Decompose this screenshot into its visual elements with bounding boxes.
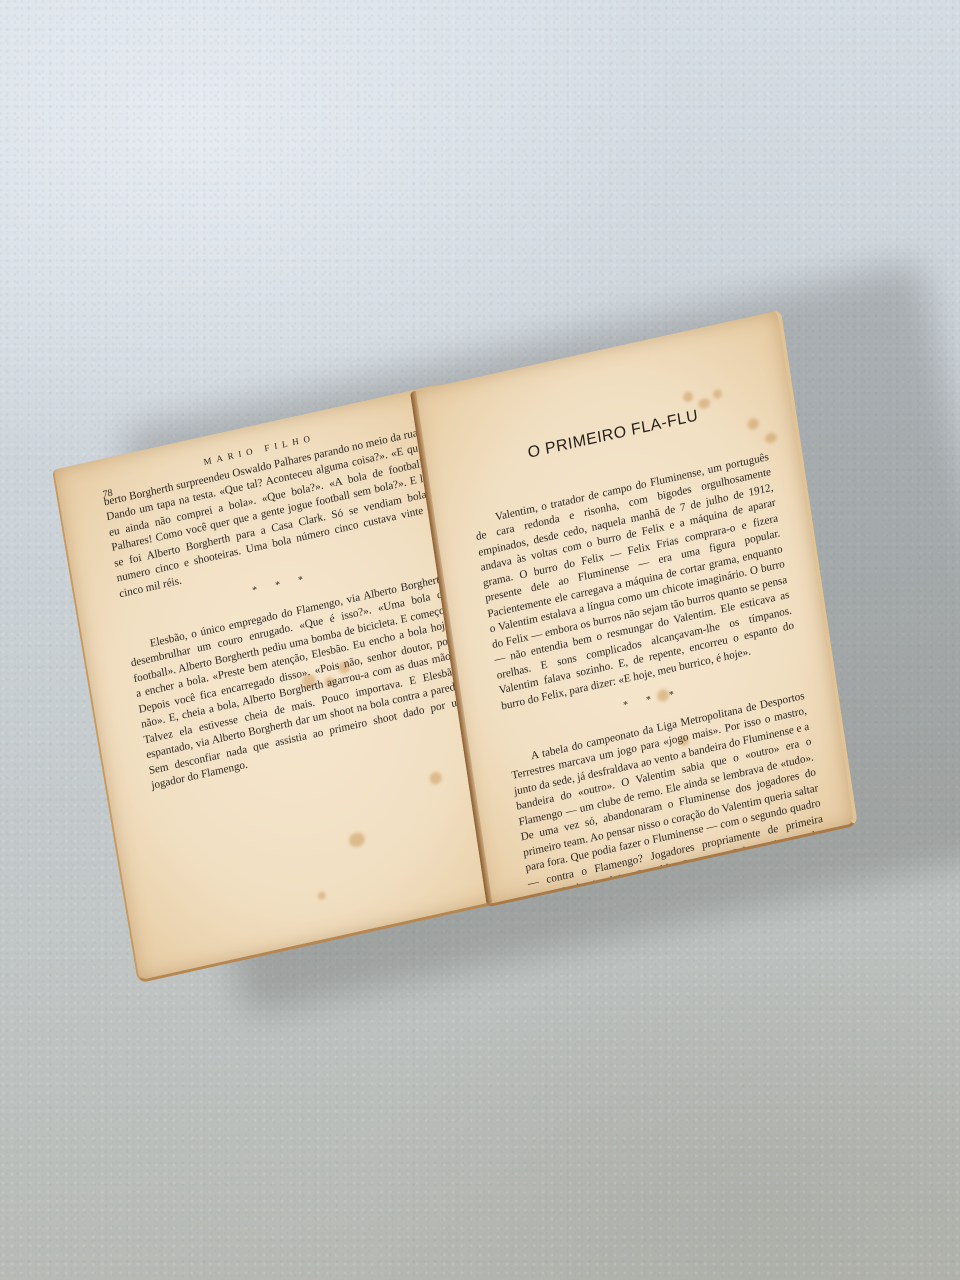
stain [317, 891, 326, 901]
left-page-text: 78 MARIO FILHO berto Borgherth surpreend… [100, 408, 469, 795]
stain [429, 771, 443, 785]
right-page-text: O PRIMEIRO FLA-FLU Valentim, o tratador … [456, 335, 829, 908]
stain [348, 831, 366, 848]
right-page: O PRIMEIRO FLA-FLU Valentim, o tratador … [410, 310, 858, 908]
